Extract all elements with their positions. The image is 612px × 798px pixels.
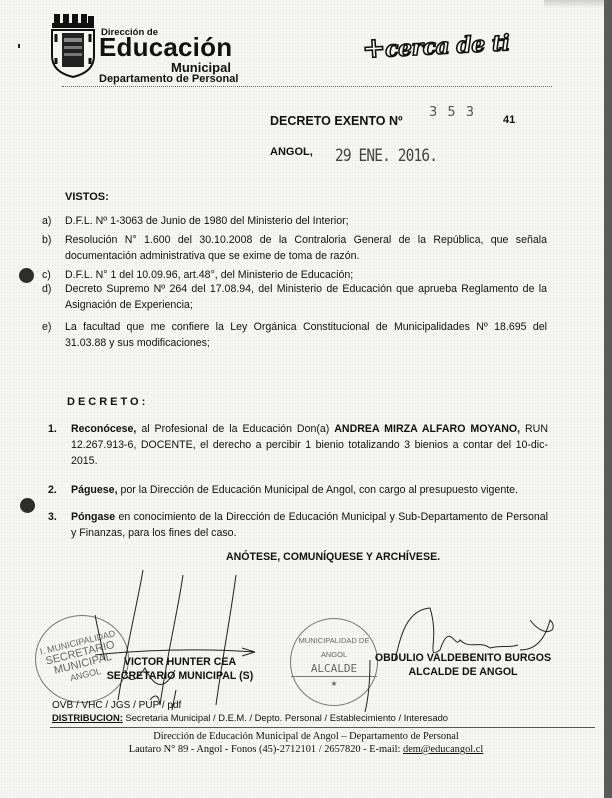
item-lead: Reconócese, — [71, 423, 136, 435]
decreto-heading: DECRETO: — [67, 396, 148, 408]
email-link[interactable]: dem@educangol.cl — [403, 744, 483, 755]
item-lead: Póngase — [71, 511, 115, 523]
vistos-item-e: e) La facultad que me confiere la Ley Or… — [42, 319, 547, 351]
letterhead-department: Departamento de Personal — [99, 73, 238, 85]
footer-address-line1: Dirección de Educación Municipal de Ango… — [0, 731, 612, 742]
scan-speck — [18, 44, 20, 48]
secretary-name: VICTOR HUNTER CEA — [100, 656, 260, 668]
decreto-item-1: 1. Reconócese, al Profesional de la Educ… — [48, 421, 548, 469]
distribution-line: DISTRIBUCION: Secretaria Municipal / D.E… — [52, 712, 448, 723]
punch-hole — [19, 268, 34, 283]
item-text-body: por la Dirección de Educación Municipal … — [118, 484, 518, 496]
footer-address-line2: Lautaro N° 89 - Angol - Fonos (45)-27121… — [0, 744, 612, 755]
slogan-text: cerca de ti — [384, 30, 510, 62]
decree-number-stamp: 3 5 3 — [429, 105, 477, 120]
footer-divider — [50, 727, 595, 728]
beneficiary-name: ANDREA MIRZA ALFARO MOYANO, — [334, 423, 520, 435]
decree-title: DECRETO EXENTO Nº — [270, 114, 403, 128]
item-text: La facultad que me confiere la Ley Orgán… — [65, 319, 547, 351]
item-label: e) — [42, 319, 51, 335]
mayor-name: OBDULIO VALDEBENITO BURGOS — [363, 652, 563, 664]
distribution-label: DISTRIBUCION: — [52, 712, 123, 723]
punch-hole — [20, 498, 35, 513]
footer-address: Lautaro N° 89 - Angol - Fonos (45)-27121… — [129, 744, 403, 755]
mayor-role: ALCALDE DE ANGOL — [363, 666, 563, 678]
vistos-item-a: a) D.F.L. Nº 1-3063 de Junio de 1980 del… — [42, 213, 547, 229]
scan-corner-shade — [544, 0, 604, 8]
item-text: Resolución N° 1.600 del 30.10.2008 de la… — [65, 232, 547, 264]
item-text-a: al Profesional de la Educación Don(a) — [136, 423, 334, 435]
item-label: b) — [42, 232, 51, 248]
drafting-initials: OVB / VHC / JGS / PUP / pdf — [52, 700, 181, 711]
item-lead: Páguese, — [71, 484, 118, 496]
item-text: Reconócese, al Profesional de la Educaci… — [71, 421, 548, 469]
decree-page-ref: 41 — [503, 114, 515, 126]
item-text: Póngase en conocimiento de la Dirección … — [71, 509, 548, 541]
secretary-role: SECRETARIO MUNICIPAL (S) — [100, 670, 260, 682]
item-label: d) — [42, 281, 51, 297]
item-text: Páguese, por la Dirección de Educación M… — [71, 482, 548, 498]
star-icon: ★ — [291, 677, 377, 691]
item-text-body: en conocimiento de la Dirección de Educa… — [71, 511, 548, 539]
item-label: a) — [42, 213, 51, 229]
letterhead-educacion: Educación — [99, 33, 232, 61]
municipal-coat-of-arms-icon — [50, 14, 96, 78]
plus-icon: + — [361, 31, 386, 65]
closing-formula: ANÓTESE, COMUNÍQUESE Y ARCHÍVESE. — [226, 551, 440, 563]
decree-place: ANGOL, — [270, 146, 313, 158]
vistos-heading: VISTOS: — [65, 191, 109, 203]
item-label: 2. — [48, 482, 57, 498]
vistos-item-b: b) Resolución N° 1.600 del 30.10.2008 de… — [42, 232, 547, 264]
item-label: 1. — [48, 421, 57, 437]
distribution-list: Secretaria Municipal / D.E.M. / Depto. P… — [123, 712, 448, 723]
decreto-item-2: 2. Páguese, por la Dirección de Educació… — [48, 482, 548, 498]
decreto-item-3: 3. Póngase en conocimiento de la Direcci… — [48, 509, 548, 541]
item-text: D.F.L. Nº 1-3063 de Junio de 1980 del Mi… — [65, 213, 547, 229]
item-label: 3. — [48, 509, 57, 525]
decree-date-stamp: 29 ENE. 2016. — [335, 146, 437, 166]
scan-edge-shadow — [604, 0, 612, 798]
vistos-item-d: d) Decreto Supremo Nº 264 del 17.08.94, … — [42, 281, 547, 313]
letterhead-divider — [62, 86, 552, 87]
item-text: Decreto Supremo Nº 264 del 17.08.94, del… — [65, 281, 547, 313]
